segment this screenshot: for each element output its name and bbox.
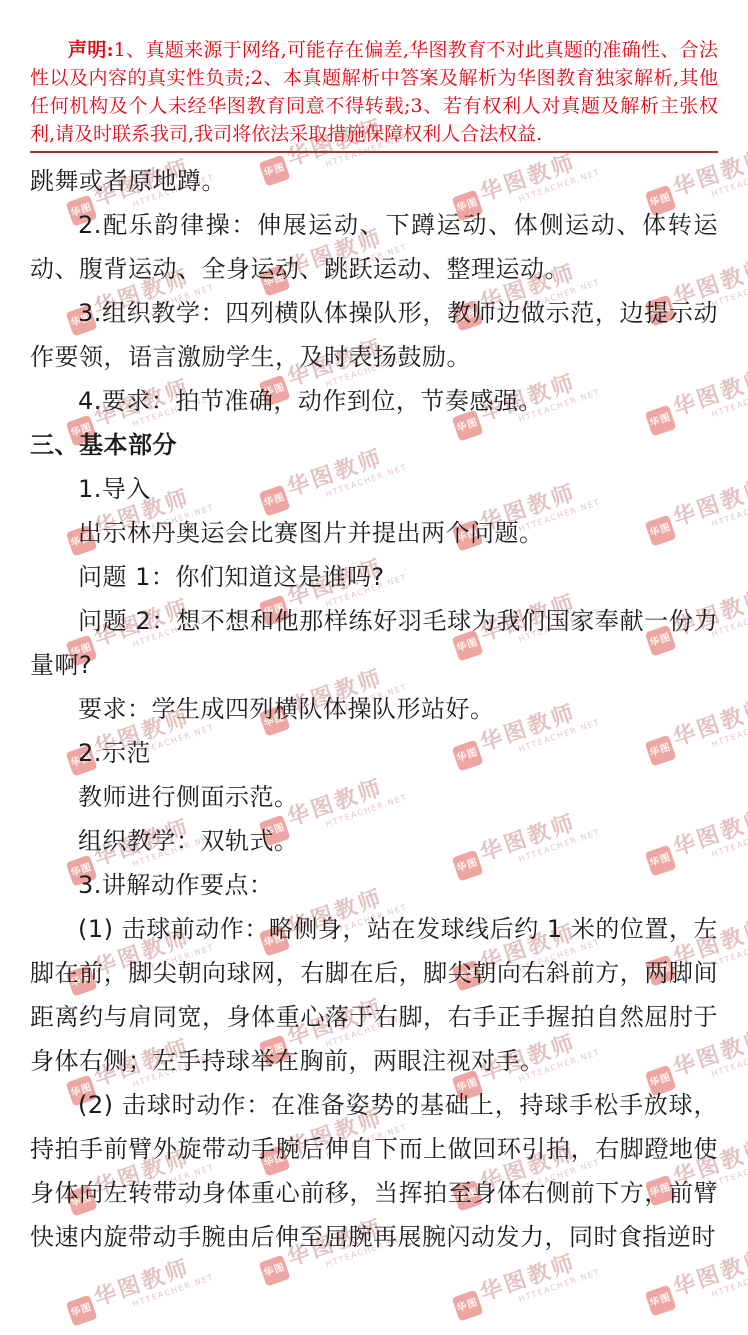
paragraph: 2.配乐韵律操：伸展运动、下蹲运动、体侧运动、体转运动、腹背运动、全身运动、跳跃… [30, 203, 718, 291]
paragraph: (2) 击球时动作：在准备姿势的基础上，持球手松手放球，持拍手前臂外旋带动手腕后… [30, 1083, 718, 1259]
paragraph: 组织教学：双轨式。 [30, 819, 718, 863]
section-heading: 三、基本部分 [30, 423, 718, 467]
paragraph: 出示林丹奥运会比赛图片并提出两个问题。 [30, 511, 718, 555]
paragraph: 问题 1：你们知道这是谁吗? [30, 555, 718, 599]
paragraph: 3.组织教学：四列横队体操队形，教师边做示范，边提示动作要领，语言激励学生，及时… [30, 291, 718, 379]
disclaimer-label: 声明: [68, 39, 114, 61]
paragraph: 教师进行侧面示范。 [30, 775, 718, 819]
document-page: 华图华图教师HTTEACHER.NET华图华图教师HTTEACHER.NET华图… [0, 0, 748, 1335]
document-content: 声明:1、真题来源于网络,可能存在偏差,华图教育不对此真题的准确性、合法性以及内… [0, 0, 748, 1335]
paragraph: 问题 2：想不想和他那样练好羽毛球为我们国家奉献一份力量啊? [30, 599, 718, 687]
body-text: 跳舞或者原地蹲。2.配乐韵律操：伸展运动、下蹲运动、体侧运动、体转运动、腹背运动… [30, 159, 718, 1259]
paragraph: 2.示范 [30, 731, 718, 775]
divider-rule [30, 151, 718, 153]
paragraph: (1) 击球前动作：略侧身，站在发球线后约 1 米的位置，左脚在前，脚尖朝向球网… [30, 907, 718, 1083]
paragraph: 4.要求：拍节准确，动作到位，节奏感强。 [30, 379, 718, 423]
paragraph: 1.导入 [30, 467, 718, 511]
paragraph: 跳舞或者原地蹲。 [30, 159, 718, 203]
disclaimer: 声明:1、真题来源于网络,可能存在偏差,华图教育不对此真题的准确性、合法性以及内… [30, 36, 718, 148]
paragraph: 要求：学生成四列横队体操队形站好。 [30, 687, 718, 731]
disclaimer-text: 1、真题来源于网络,可能存在偏差,华图教育不对此真题的准确性、合法性以及内容的真… [30, 39, 718, 145]
paragraph: 3.讲解动作要点： [30, 863, 718, 907]
